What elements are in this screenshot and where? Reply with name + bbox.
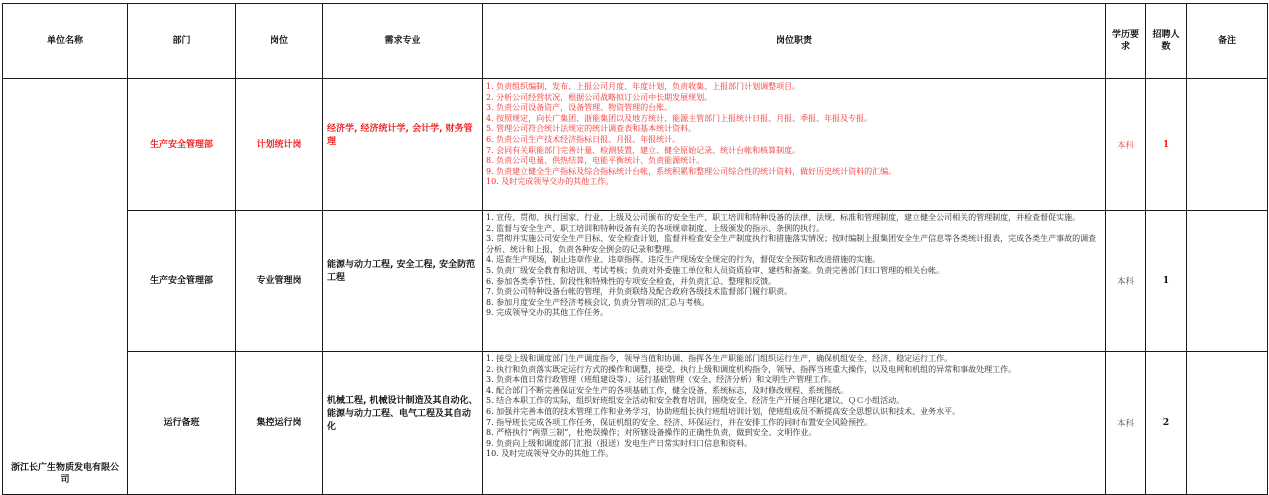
duty-item: 8. 严格执行“两票三制”，杜绝误操作；对所辖设备操作的正确性负责，做到安全、文… — [486, 428, 1102, 439]
duties-cell: 1. 接受上级和调度部门生产调度指令，领导当值和协调、指挥各生产职能部门组织运行… — [483, 352, 1106, 494]
header-duties: 岗位职责 — [483, 4, 1106, 79]
duty-item: 7. 会同有关职能部门完善计量、检测装置，建立、健全原始记录、统计台帐和核算制度… — [486, 146, 1102, 157]
major-cell: 经济学, 经济统计学, 会计学, 财务管理 — [323, 79, 483, 211]
department-cell: 生产安全管理部 — [128, 79, 236, 211]
duty-item: 3. 贯彻并实施公司安全生产目标、安全检查计划，监督并检查安全生产制度执行和措施… — [486, 234, 1102, 255]
major-text: 经济学, 经济统计学, 会计学, 财务管理 — [327, 123, 478, 149]
education-cell: 本科 — [1106, 79, 1146, 211]
headcount-cell: 1 — [1146, 79, 1187, 211]
header-education: 学历要求 — [1106, 4, 1146, 79]
duty-item: 3. 负责公司设备资产，设备管理、物资管理的台账。 — [486, 103, 1102, 114]
duty-item: 9. 完成领导交办的其他工作任务。 — [486, 308, 1102, 319]
remarks-cell — [1187, 211, 1268, 352]
duty-item: 8. 负责公司电量、供热结算，电能平衡统计、负责能源统计。 — [486, 156, 1102, 167]
duty-item: 5. 负责厂级安全教育和培训、考试考核；负责对外委施工单位和人员资质验审、建档和… — [486, 266, 1102, 277]
header-major: 需求专业 — [323, 4, 483, 79]
table-row: 浙江长广生物质发电有限公司 生产安全管理部 计划统计岗 经济学, 经济统计学, … — [3, 79, 1268, 211]
header-row: 单位名称 部门 岗位 需求专业 岗位职责 学历要求 招聘人数 备注 — [3, 4, 1268, 79]
duty-item: 4. 配合部门不断完善保证安全生产的各项基础工作，健全设备、系统标志，及时修改规… — [486, 386, 1102, 397]
major-text: 能源与动力工程, 安全工程, 安全防范工程 — [327, 259, 478, 285]
major-cell: 机械工程, 机械设计制造及其自动化、能源与动力工程、电气工程及其自动化 — [323, 352, 483, 494]
headcount-cell: 1 — [1146, 211, 1187, 352]
header-headcount: 招聘人数 — [1146, 4, 1187, 79]
major-cell: 能源与动力工程, 安全工程, 安全防范工程 — [323, 211, 483, 352]
header-headcount-label: 招聘人数 — [1151, 29, 1181, 53]
position-cell: 集控运行岗 — [236, 352, 323, 494]
duty-item: 9. 负责建立健全生产指标及综合指标统计台帐，系统积累和整理公司综合性的统计资料… — [486, 167, 1102, 178]
major-text: 机械工程, 机械设计制造及其自动化、能源与动力工程、电气工程及其自动化 — [327, 395, 478, 434]
duty-item: 10. 及时完成领导交办的其他工作。 — [486, 177, 1102, 188]
header-department: 部门 — [128, 4, 236, 79]
position-cell: 计划统计岗 — [236, 79, 323, 211]
duty-item: 8. 参加月度安全生产经济考核会议, 负责分管项的汇总与考核。 — [486, 298, 1102, 309]
table-row: 生产安全管理部 专业管理岗 能源与动力工程, 安全工程, 安全防范工程 1. 宣… — [3, 211, 1268, 352]
duty-item: 6. 加强并完善本值的技术管理工作和业务学习，协助班组长执行班组培训计划，使班组… — [486, 407, 1102, 418]
duty-item: 7. 指导班长完成各项工作任务，保证机组的安全、经济、环保运行，并在安排工作的同… — [486, 418, 1102, 429]
duty-item: 10. 及时完成领导交办的其他工作。 — [486, 449, 1102, 460]
duty-item: 9. 负责向上级和调度部门汇报（报送）发电生产日常实时归口信息和资料。 — [486, 439, 1102, 450]
remarks-cell — [1187, 79, 1268, 211]
remarks-cell — [1187, 352, 1268, 494]
table-row: 运行备班 集控运行岗 机械工程, 机械设计制造及其自动化、能源与动力工程、电气工… — [3, 352, 1268, 494]
duty-item: 6. 负责公司生产技术经济指标日报、月报、年报统计。 — [486, 135, 1102, 146]
duty-item: 5. 结合本职工作的实际，组织好班组安全活动和安全教育培训，围绕安全、经济生产开… — [486, 396, 1102, 407]
duties-cell: 1. 宣传、贯彻、执行国家、行业、上级及公司颁布的安全生产、职工培训和特种设备的… — [483, 211, 1106, 352]
duty-item: 5. 管理公司符合统计法规定的统计调查表和基本统计资料。 — [486, 124, 1102, 135]
duty-item: 4. 按照规定，向长广集团、浙能集团以及地方统计、能源主管部门上报统计日报、月报… — [486, 114, 1102, 125]
education-cell: 本科 — [1106, 211, 1146, 352]
duty-item: 6. 参加各类季节性、阶段性和特殊性的专项安全检查，并负责汇总、整理和反馈。 — [486, 277, 1102, 288]
duty-item: 2. 监督与安全生产、职工培训和特种设备有关的各项规章制度、上级颁发的指示、条例… — [486, 224, 1102, 235]
header-education-label: 学历要求 — [1112, 29, 1140, 53]
duty-item: 2. 执行和负责落实既定运行方式的操作和调整，接受、执行上级和调度机构指令，领导… — [486, 365, 1102, 376]
unit-name-cell: 浙江长广生物质发电有限公司 — [3, 79, 128, 494]
position-cell: 专业管理岗 — [236, 211, 323, 352]
unit-name: 浙江长广生物质发电有限公司 — [10, 462, 120, 486]
duty-item: 2. 分析公司经营状况，根据公司战略拟订公司中长期发展规划。 — [486, 93, 1102, 104]
department-cell: 生产安全管理部 — [128, 211, 236, 352]
duty-item: 1. 接受上级和调度部门生产调度指令，领导当值和协调、指挥各生产职能部门组织运行… — [486, 354, 1102, 365]
duties-cell: 1. 负责组织编制、发布、上报公司月度、年度计划，负责收集、上报部门计划调整项目… — [483, 79, 1106, 211]
duty-item: 7. 负责公司特种设备台帐的管理，并负责联络及配合政府各级技术监督部门履行职责。 — [486, 287, 1102, 298]
department-cell: 运行备班 — [128, 352, 236, 494]
headcount-cell: 2 — [1146, 352, 1187, 494]
duty-item: 1. 负责组织编制、发布、上报公司月度、年度计划，负责收集、上报部门计划调整项目… — [486, 82, 1102, 93]
header-unit: 单位名称 — [3, 4, 128, 79]
duty-item: 3. 负责本值日常行政管理（班组建设等）、运行基础管理（安全、经济分析）和文明生… — [486, 375, 1102, 386]
education-cell: 本科 — [1106, 352, 1146, 494]
duty-item: 4. 巡查生产现场，制止违章作业、违章指挥、违反生产现场安全规定的行为，督促安全… — [486, 255, 1102, 266]
header-remarks: 备注 — [1187, 4, 1268, 79]
recruitment-table: 单位名称 部门 岗位 需求专业 岗位职责 学历要求 招聘人数 备注 浙江长广生物… — [2, 3, 1268, 493]
duty-item: 1. 宣传、贯彻、执行国家、行业、上级及公司颁布的安全生产、职工培训和特种设备的… — [486, 213, 1102, 224]
recruitment-table-sheet: 单位名称 部门 岗位 需求专业 岗位职责 学历要求 招聘人数 备注 浙江长广生物… — [2, 3, 1267, 493]
header-position: 岗位 — [236, 4, 323, 79]
